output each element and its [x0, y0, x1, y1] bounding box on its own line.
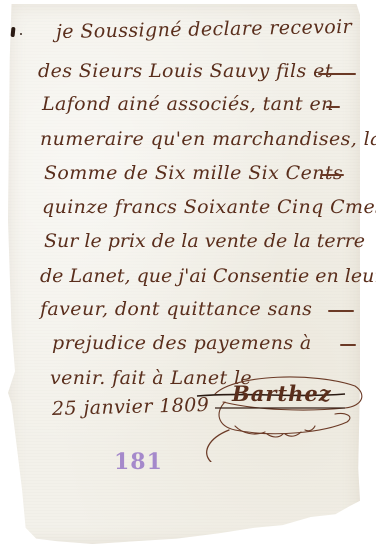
text-line-7: Sur le prix de la vente de la terre	[44, 230, 365, 252]
line-filler-dash	[328, 310, 354, 312]
archive-stamp-number: 181	[114, 449, 163, 475]
text-line-8: de Lanet, que j'ai Consentie en leur	[40, 265, 376, 287]
text-line-9: faveur, dont quittance sans	[40, 298, 312, 320]
line-filler-dash	[340, 344, 356, 346]
document-scan: je Soussigné declare recevoir des Sieurs…	[0, 0, 376, 547]
signature-name: Barthez	[232, 381, 332, 406]
line-filler-dash	[320, 174, 344, 176]
text-line-12-date: 25 janvier 1809	[52, 394, 210, 420]
text-line-5: Somme de Six mille Six Cents	[44, 162, 343, 184]
text-line-6: quinze francs Soixante Cinq Cmes	[42, 196, 376, 218]
text-line-10: prejudice des payemens à	[52, 332, 312, 354]
text-line-3: Lafond ainé associés, tant en	[42, 93, 334, 115]
text-line-4: numeraire qu'en marchandises, la	[40, 128, 376, 150]
margin-dot	[20, 33, 22, 35]
line-filler-dash	[318, 73, 356, 75]
text-line-2: des Sieurs Louis Sauvy fils et	[38, 60, 333, 82]
line-filler-dash	[326, 106, 340, 108]
